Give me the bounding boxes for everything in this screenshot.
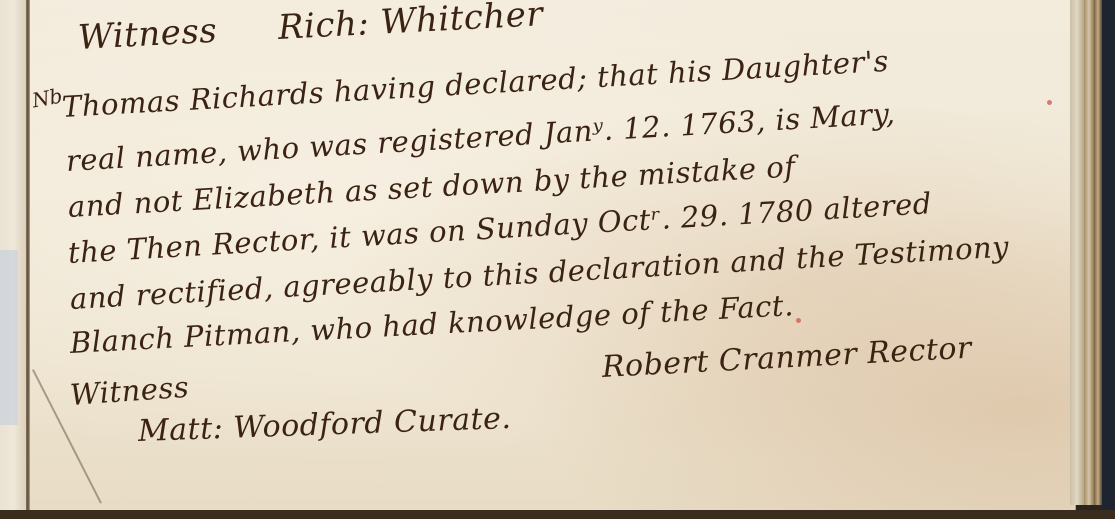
right-page-edge <box>1094 0 1102 505</box>
preceding-leaf-edge <box>0 0 28 519</box>
witness-label-bottom: Witness <box>69 370 190 412</box>
right-page-edge <box>1070 0 1084 505</box>
curate-signature: Matt: Woodford Curate. <box>137 401 512 449</box>
red-ink-spot <box>796 318 801 323</box>
header-witness-label: Witness <box>77 11 218 58</box>
manuscript-scan: Witness Rich: Whitcher Nb Thomas Richard… <box>0 0 1115 519</box>
bottom-binding-shadow <box>0 510 1115 519</box>
rector-signature: Robert Cranmer Rector <box>601 331 973 385</box>
book-cover-edge <box>1102 0 1115 519</box>
header-witness-name: Rich: Whitcher <box>277 0 544 48</box>
register-page: Witness Rich: Whitcher Nb Thomas Richard… <box>30 0 1076 512</box>
red-ink-spot <box>1047 100 1052 105</box>
right-page-edge <box>1084 0 1094 505</box>
margin-note: Nb <box>30 84 64 113</box>
blue-paper-strip <box>0 250 18 425</box>
